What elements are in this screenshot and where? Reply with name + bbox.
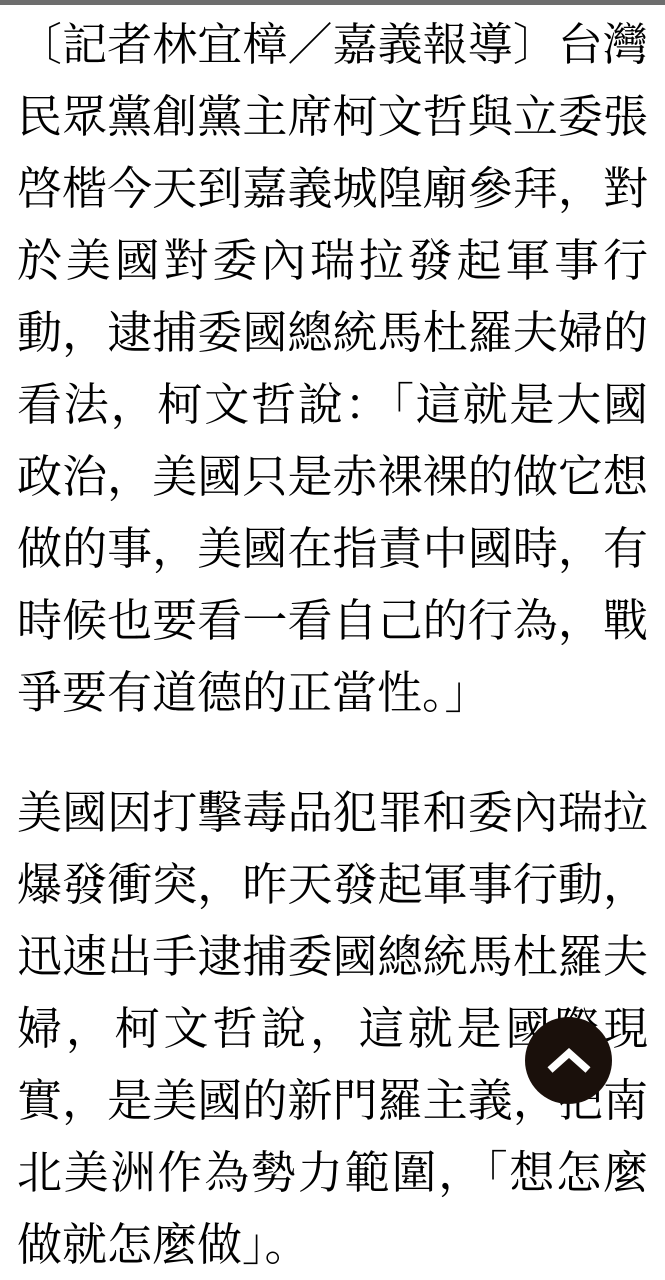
text-line: 迅速出手逮捕委國總統馬杜羅夫 <box>17 921 648 993</box>
text-line: 北美洲作為勢力範圍，「想怎麼 <box>17 1137 648 1209</box>
paragraph: 〔記者林宜樟／嘉義報導〕台灣民眾黨創黨主席柯文哲與立委張啓楷今天到嘉義城隍廟參拜… <box>17 9 648 729</box>
text-line: 〔記者林宜樟／嘉義報導〕台灣 <box>17 9 648 81</box>
text-line: 爭要有道德的正當性。」 <box>17 657 648 729</box>
text-line: 做就怎麼做」。 <box>17 1209 648 1280</box>
scroll-to-top-button[interactable] <box>525 1017 612 1104</box>
text-line: 美國因打擊毒品犯罪和委內瑞拉 <box>17 777 648 849</box>
text-line: 啓楷今天到嘉義城隍廟參拜，對 <box>17 153 648 225</box>
text-line: 政治，美國只是赤裸裸的做它想 <box>17 441 648 513</box>
text-line: 做的事，美國在指責中國時，有 <box>17 513 648 585</box>
text-line: 時候也要看一看自己的行為，戰 <box>17 585 648 657</box>
chevron-up-icon <box>547 1048 591 1074</box>
text-line: 爆發衝突，昨天發起軍事行動， <box>17 849 648 921</box>
text-line: 民眾黨創黨主席柯文哲與立委張 <box>17 81 648 153</box>
text-line: 動，逮捕委國總統馬杜羅夫婦的 <box>17 297 648 369</box>
text-line: 於美國對委內瑞拉發起軍事行 <box>17 225 648 297</box>
text-line: 看法，柯文哲說：「這就是大國 <box>17 369 648 441</box>
